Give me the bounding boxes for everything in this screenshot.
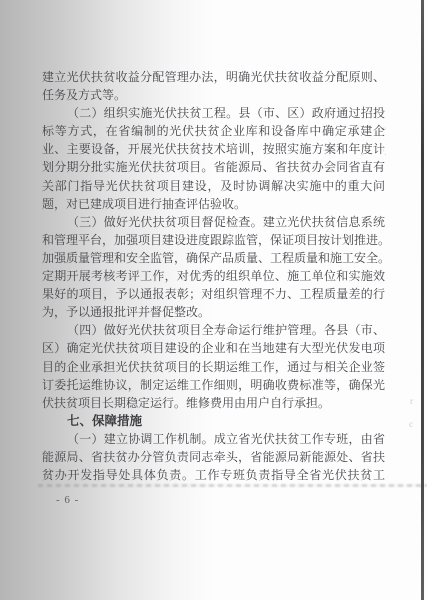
text-line: 定期开展考核考评工作，对优秀的组织单位、施工单位和实施效 xyxy=(42,267,385,285)
text-line: 题，对已建成项目进行抽查评估验收。 xyxy=(42,195,385,213)
text-line: 标等方式，在省编制的光伏扶贫企业库和设备库中确定承建企 xyxy=(42,122,385,140)
text-line: （二）组织实施光伏扶贫工程。县（市、区）政府通过招投 xyxy=(42,104,385,122)
text-line: 建立光伏扶贫收益分配管理办法，明确光伏扶贫收益分配原则、 xyxy=(42,68,385,86)
margin-pencil-mark: r xyxy=(410,396,413,406)
scan-artifact-line xyxy=(38,484,427,487)
text-line: 加强质量管理和安全监管，确保产品质量、工程质量和施工安全。 xyxy=(42,249,385,267)
text-line: 业、主要设备，开展光伏扶贫技术培训，按照实施方案和年度计 xyxy=(42,140,385,158)
text-line: 伏扶贫项目长期稳定运行。维修费用由用户自行承担。 xyxy=(42,394,385,412)
margin-pencil-mark: c xyxy=(409,419,413,429)
text-line: （三）做好光伏扶贫项目督促检查。建立光伏扶贫信息系统 xyxy=(42,213,385,231)
section-heading: 七、保障措施 xyxy=(42,412,385,430)
text-line: 果好的项目，予以通报表彰；对组织管理不力、工程质量差的行 xyxy=(42,285,385,303)
text-line: 关部门指导光伏扶贫项目建设，及时协调解决实施中的重大问 xyxy=(42,177,385,195)
text-line: 为，予以通报批评并督促整改。 xyxy=(42,303,385,321)
margin-pencil-mark: '. xyxy=(383,148,386,157)
margin-pencil-mark: '' xyxy=(383,126,386,135)
text-line: 划分期分批实施光伏扶贫项目。省能源局、省扶贫办会同省直有 xyxy=(42,158,385,176)
text-line: （一）建立协调工作机制。成立省光伏扶贫工作专班，由省 xyxy=(42,430,385,448)
text-line: 订委托运维协议，制定运维工作细则，明确收费标准等，确保光 xyxy=(42,376,385,394)
text-line: （四）做好光伏扶贫项目全寿命运行维护管理。各县（市、 xyxy=(42,321,385,339)
text-line: 任务及方式等。 xyxy=(42,86,385,104)
text-line: 贫办开发指导处具体负责。工作专班负责指导全省光伏扶贫工 xyxy=(42,466,385,484)
document-text: 建立光伏扶贫收益分配管理办法，明确光伏扶贫收益分配原则、任务及方式等。（二）组织… xyxy=(42,68,385,484)
scanned-document-page: 建立光伏扶贫收益分配管理办法，明确光伏扶贫收益分配原则、任务及方式等。（二）组织… xyxy=(0,0,427,600)
text-line: 能源局、省扶贫办分管负责同志牵头，省能源局新能源处、省扶 xyxy=(42,448,385,466)
page-edge-line xyxy=(421,0,424,600)
page-number: - 6 - xyxy=(56,494,79,506)
text-line: 和管理平台，加强项目建设进度跟踪监管，保证项目按计划推进。 xyxy=(42,231,385,249)
text-line: 目的企业承担光伏扶贫项目的长期运维工作，通过与相关企业签 xyxy=(42,358,385,376)
text-line: 区）确定光伏扶贫项目建设的企业和在当地建有大型光伏发电项 xyxy=(42,339,385,357)
